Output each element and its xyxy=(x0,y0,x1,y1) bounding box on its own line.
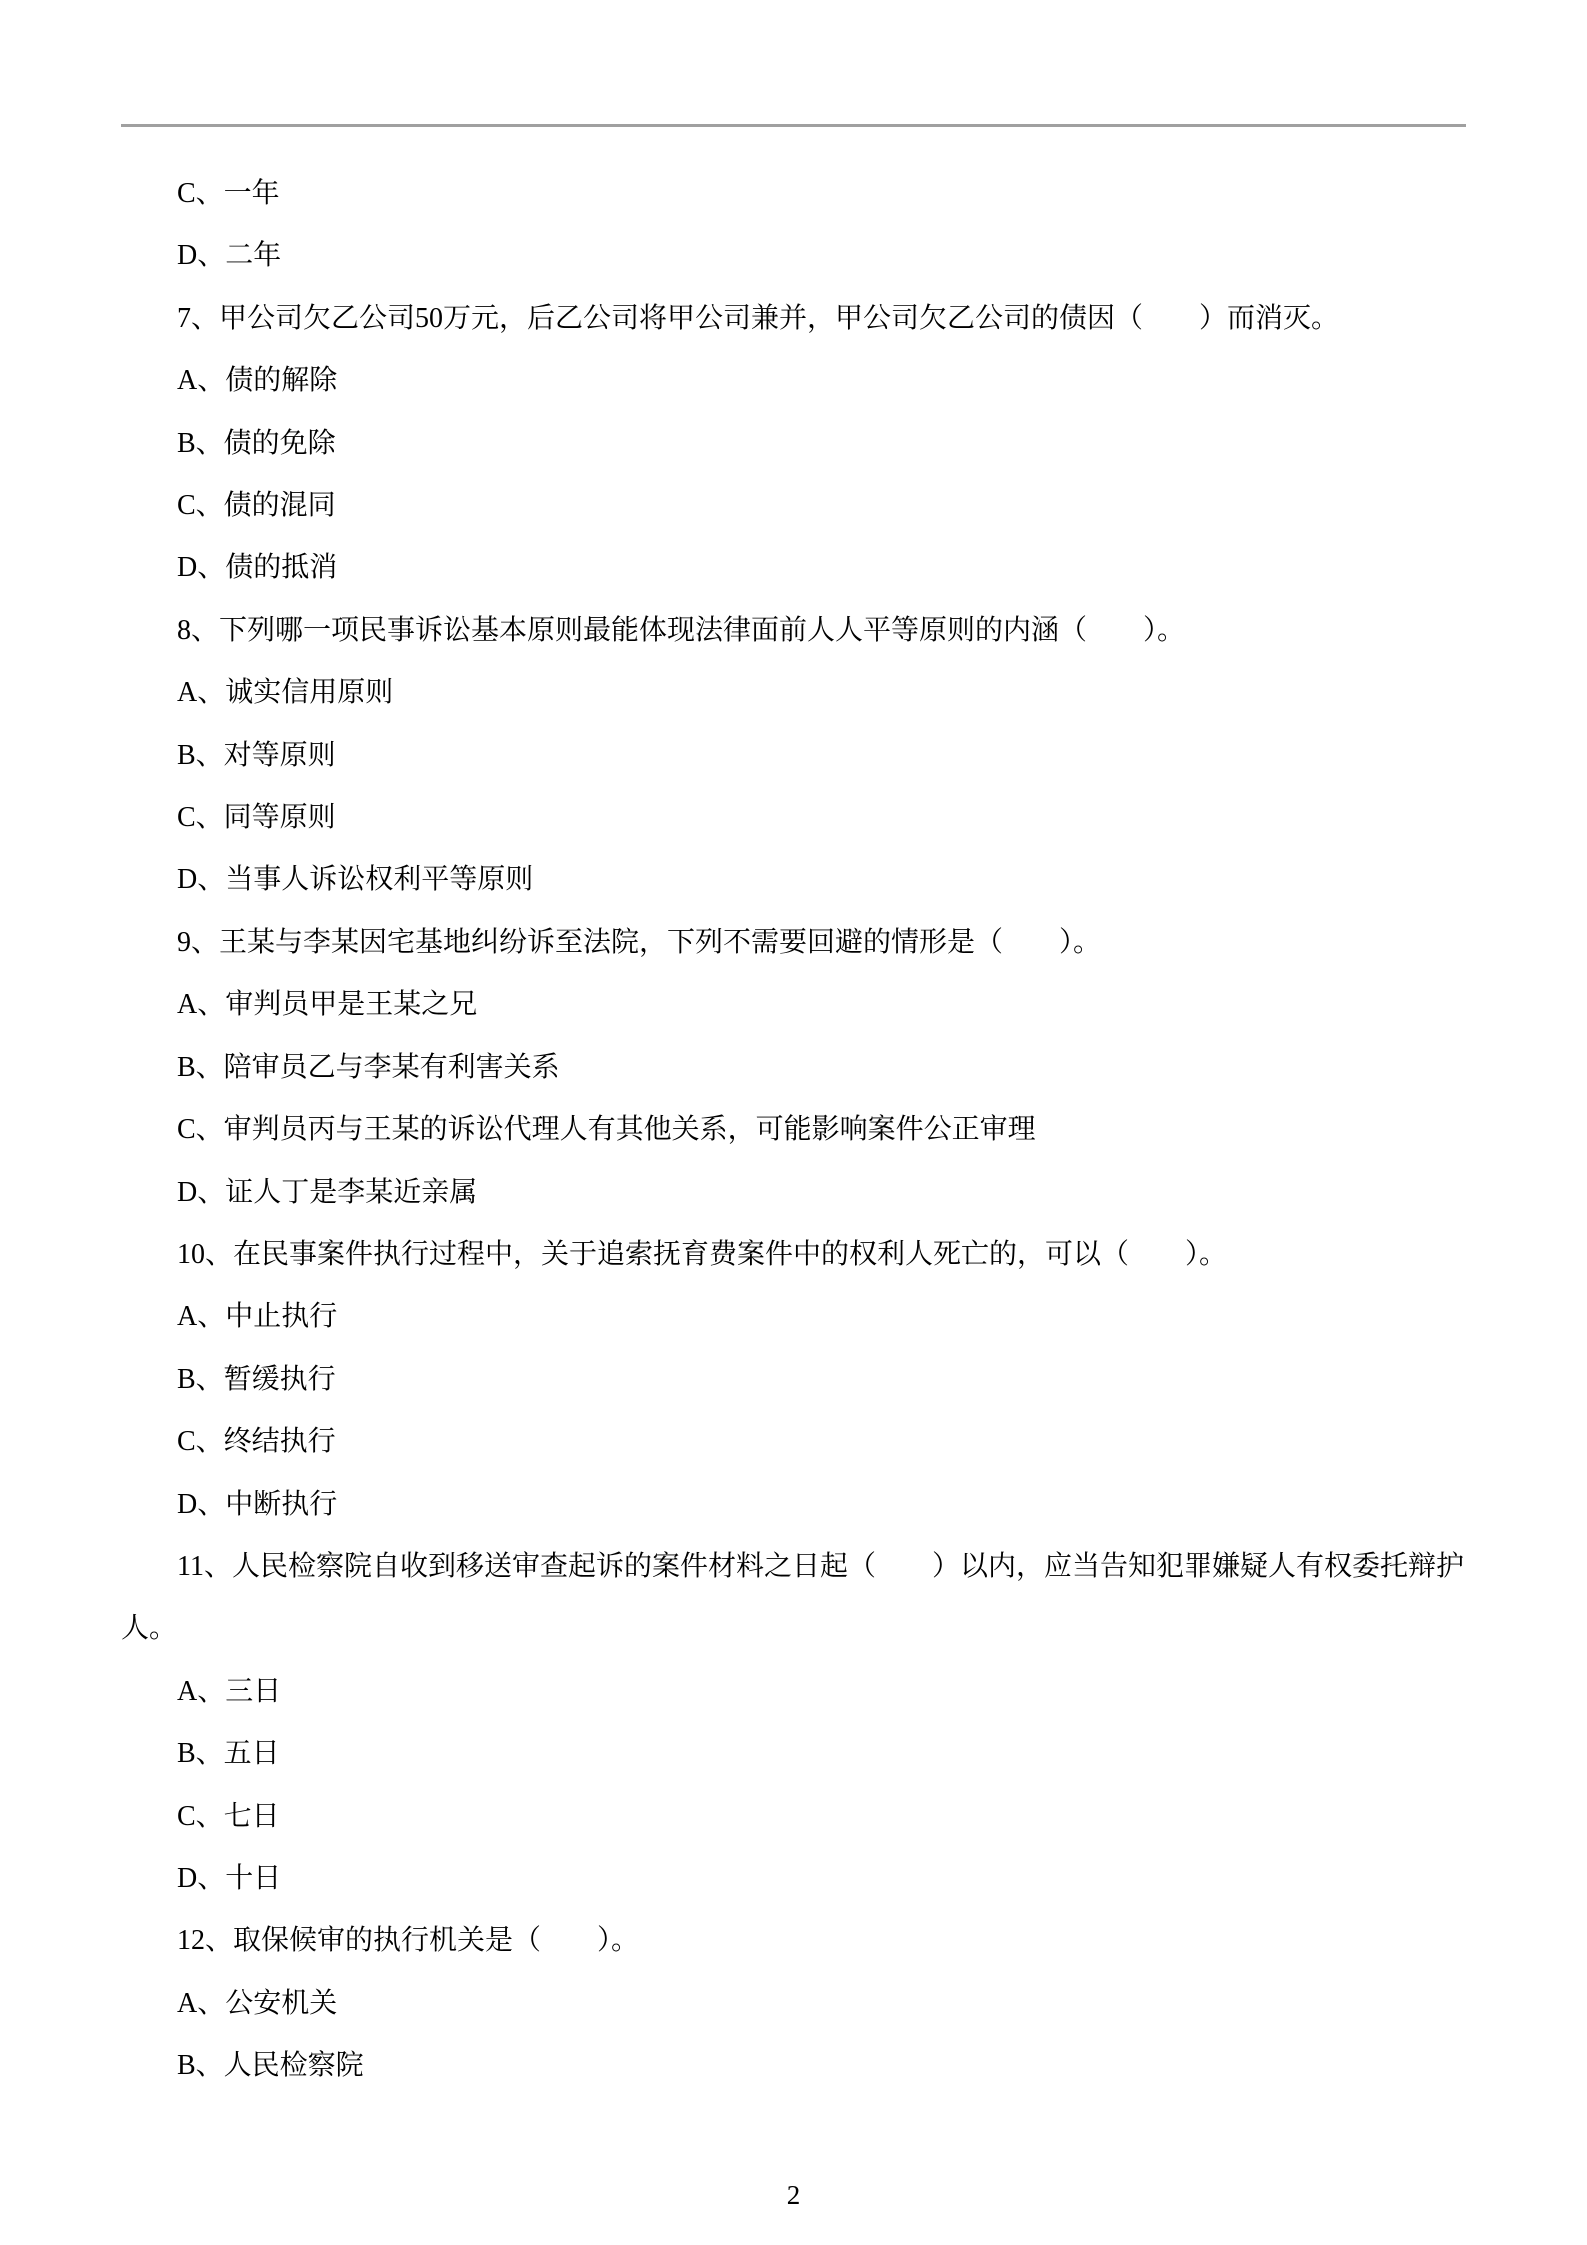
option-line: C、债的混同 xyxy=(121,475,1466,537)
option-line: B、债的免除 xyxy=(121,413,1466,475)
option-line: D、债的抵消 xyxy=(121,537,1466,599)
question-stem: 9、王某与李某因宅基地纠纷诉至法院，下列不需要回避的情形是（ ）。 xyxy=(121,912,1466,974)
option-line: A、中止执行 xyxy=(121,1286,1466,1348)
option-line: D、十日 xyxy=(121,1848,1466,1910)
document-page: C、一年D、二年7、甲公司欠乙公司50万元，后乙公司将甲公司兼并，甲公司欠乙公司… xyxy=(0,0,1587,2245)
option-line: C、同等原则 xyxy=(121,787,1466,849)
option-line: D、二年 xyxy=(121,225,1466,287)
option-line: A、公安机关 xyxy=(121,1973,1466,2035)
option-line: A、诚实信用原则 xyxy=(121,662,1466,724)
question-list: C、一年D、二年7、甲公司欠乙公司50万元，后乙公司将甲公司兼并，甲公司欠乙公司… xyxy=(121,163,1466,2098)
option-line: B、五日 xyxy=(121,1723,1466,1785)
option-line: A、债的解除 xyxy=(121,350,1466,412)
option-line: D、当事人诉讼权利平等原则 xyxy=(121,849,1466,911)
option-line: D、证人丁是李某近亲属 xyxy=(121,1162,1466,1224)
option-line: B、人民检察院 xyxy=(121,2035,1466,2097)
option-line: B、对等原则 xyxy=(121,725,1466,787)
page-number: 2 xyxy=(0,2178,1587,2212)
question-stem: 12、取保候审的执行机关是（ ）。 xyxy=(121,1910,1466,1972)
option-line: D、中断执行 xyxy=(121,1474,1466,1536)
option-line: B、暂缓执行 xyxy=(121,1349,1466,1411)
question-stem: 10、在民事案件执行过程中，关于追索抚育费案件中的权利人死亡的，可以（ ）。 xyxy=(121,1224,1466,1286)
question-stem: 11、人民检察院自收到移送审查起诉的案件材料之日起（ ）以内，应当告知犯罪嫌疑人… xyxy=(121,1536,1466,1661)
option-line: C、七日 xyxy=(121,1786,1466,1848)
option-line: C、审判员丙与王某的诉讼代理人有其他关系，可能影响案件公正审理 xyxy=(121,1099,1466,1161)
option-line: A、三日 xyxy=(121,1661,1466,1723)
header-rule xyxy=(121,124,1466,127)
option-line: C、终结执行 xyxy=(121,1411,1466,1473)
option-line: C、一年 xyxy=(121,163,1466,225)
option-line: B、陪审员乙与李某有利害关系 xyxy=(121,1037,1466,1099)
question-stem: 8、下列哪一项民事诉讼基本原则最能体现法律面前人人平等原则的内涵（ ）。 xyxy=(121,600,1466,662)
question-stem: 7、甲公司欠乙公司50万元，后乙公司将甲公司兼并，甲公司欠乙公司的债因（ ）而消… xyxy=(121,288,1466,350)
option-line: A、审判员甲是王某之兄 xyxy=(121,974,1466,1036)
